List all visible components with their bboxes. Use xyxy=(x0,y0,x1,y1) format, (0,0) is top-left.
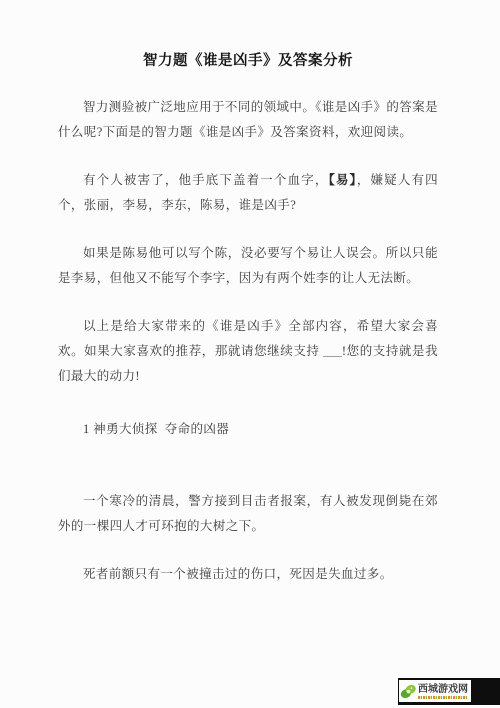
leaf-icon xyxy=(400,683,417,700)
page-title: 智力题《谁是凶手》及答案分析 xyxy=(58,50,438,72)
article-page: 智力题《谁是凶手》及答案分析 智力测验被广泛地应用于不同的领域中。《谁是凶手》的… xyxy=(0,0,500,708)
answer-analysis-text: 如果是陈易他可以写个陈，没必要写个易让人误会。所以只能是李易，但他又不能写个李字… xyxy=(58,246,438,285)
intro-paragraph: 智力测验被广泛地应用于不同的领域中。《谁是凶手》的答案是什么呢?下面是的智力题《… xyxy=(58,95,438,145)
support-blank-placeholder: ___ xyxy=(323,344,342,358)
site-name: 西城游戏网 xyxy=(418,684,468,695)
case-description-text: 一个寒冷的清晨，警方接到目击者报案，有人被发现倒毙在郊外的一棵四人才可环抱的大树… xyxy=(58,494,438,533)
site-watermark: 西城游戏网 xyxy=(398,678,500,705)
site-watermark-panel: 西城游戏网 xyxy=(399,680,471,702)
site-tagline-strip xyxy=(418,696,468,699)
intro-text: 智力测验被广泛地应用于不同的领域中。《谁是凶手》的答案是什么呢?下面是的智力题《… xyxy=(58,100,438,139)
riddle-blood-character: 【易】 xyxy=(328,173,356,187)
section-heading: 1 神勇大侦探 夺命的凶器 xyxy=(58,417,438,442)
victim-detail-text: 死者前额只有一个被撞击过的伤口，死因是失血过多。 xyxy=(83,567,393,581)
section-heading-text: 1 神勇大侦探 夺命的凶器 xyxy=(83,422,229,436)
answer-analysis-paragraph: 如果是陈易他可以写个陈，没必要写个易让人误会。所以只能是李易，但他又不能写个李字… xyxy=(58,241,438,291)
closing-paragraph: 以上是给大家带来的《谁是凶手》全部内容，希望大家会喜欢。如果大家喜欢的推荐，那就… xyxy=(58,314,438,389)
site-watermark-text-block: 西城游戏网 xyxy=(418,684,468,699)
case-description-paragraph: 一个寒冷的清晨，警方接到目击者报案，有人被发现倒毙在郊外的一棵四人才可环抱的大树… xyxy=(58,489,438,539)
riddle-paragraph: 有个人被害了，他手底下盖着一个血字，【易】，嫌疑人有四个，张丽，李易，李东，陈易… xyxy=(58,168,438,218)
riddle-text-before: 有个人被害了，他手底下盖着一个血字， xyxy=(83,173,328,187)
victim-detail-paragraph: 死者前额只有一个被撞击过的伤口，死因是失血过多。 xyxy=(58,562,438,587)
